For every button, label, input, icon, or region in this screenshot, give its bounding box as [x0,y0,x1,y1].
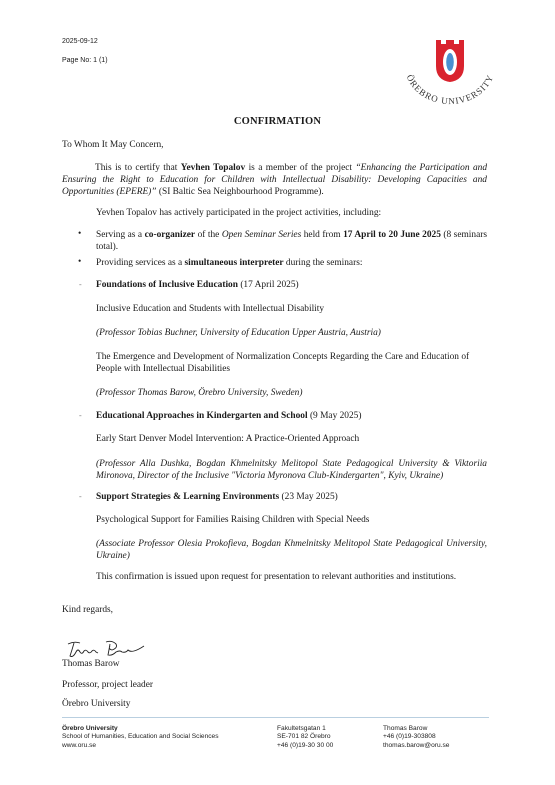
intro-prefix: This is to certify that [95,163,181,173]
seminar-date: (17 April 2025) [238,280,299,290]
footer-contact-email-link[interactable]: thomas.barow@oru.se [383,742,449,749]
seminar-heading: Educational Approaches in Kindergarten a… [96,410,487,422]
text: Providing services as a [96,258,185,268]
page-number: Page No: 1 (1) [62,57,108,64]
date-range: 17 April to 20 June 2025 [343,230,441,240]
talk-topic: Psychological Support for Families Raisi… [96,514,487,526]
footer-contact-phone: +46 (0)19-303808 [383,733,436,740]
intro-paragraph: This is to certify that Yevhen Topalov i… [62,162,487,199]
bullet-item: Serving as a co-organizer of the Open Se… [96,229,487,253]
signer-name: Thomas Barow [62,658,487,670]
seminar-series-name: Open Seminar Series [222,230,301,240]
talk-speaker: (Professor Alla Dushka, Bogdan Khmelnits… [96,458,487,482]
role-interpreter: simultaneous interpreter [185,258,284,268]
seminar-date: (23 May 2025) [279,492,338,502]
seminar-heading: Support Strategies & Learning Environmen… [96,491,487,503]
signature-icon [64,638,154,660]
talk-speaker: (Professor Thomas Barow, Örebro Universi… [96,387,487,399]
text: Serving as a [96,230,145,240]
kind-regards: Kind regards, [62,604,487,616]
role-coorganizer: co-organizer [145,230,196,240]
dash-icon: - [79,411,82,420]
talk-speaker: (Associate Professor Olesia Prokofieva, … [96,538,487,562]
seminar-title: Support Strategies & Learning Environmen… [96,492,279,502]
footer-postal: SE-701 82 Örebro [277,733,331,740]
footer-address: Fakultetsgatan 1 SE-701 82 Örebro +46 (0… [277,725,333,750]
seminar-date: (9 May 2025) [308,411,362,421]
closing-statement: This confirmation is issued upon request… [96,571,506,583]
document-title: CONFIRMATION [0,116,555,127]
orebro-university-logo-icon: ÖREBRO UNIVERSITY [385,28,515,108]
text: during the seminars: [284,258,363,268]
bullet-icon: • [78,257,81,267]
bullet-item: Providing services as a simultaneous int… [96,257,487,269]
intro-middle: is a member of the project [245,163,355,173]
text: held from [301,230,343,240]
footer-phone: +46 (0)19-30 30 00 [277,742,333,749]
signer-organization: Örebro University [62,698,487,710]
document-date: 2025-09-12 [62,38,98,45]
salutation: To Whom It May Concern, [62,139,487,151]
signer-role: Professor, project leader [62,679,487,691]
talk-topic: Early Start Denver Model Intervention: A… [96,433,487,445]
university-logo: ÖREBRO UNIVERSITY [385,28,515,108]
dash-icon: - [79,492,82,501]
footer-university: Örebro University School of Humanities, … [62,725,219,750]
footer-website-link[interactable]: www.oru.se [62,742,96,749]
seminar-title: Foundations of Inclusive Education [96,280,238,290]
dash-icon: - [79,280,82,289]
talk-speaker: (Professor Tobias Buchner, University of… [96,327,487,339]
footer-street: Fakultetsgatan 1 [277,725,326,732]
footer-contact-name: Thomas Barow [383,725,427,732]
seminar-title: Educational Approaches in Kindergarten a… [96,411,308,421]
footer-contact: Thomas Barow +46 (0)19-303808 thomas.bar… [383,725,449,750]
activities-lead: Yevhen Topalov has actively participated… [96,207,496,219]
footer-school: School of Humanities, Education and Soci… [62,733,219,740]
intro-suffix: (SI Baltic Sea Neighbourhood Programme). [157,187,324,197]
talk-topic: The Emergence and Development of Normali… [96,351,487,375]
bullet-icon: • [78,229,81,239]
text: of the [195,230,222,240]
footer-divider [62,717,489,718]
person-name: Yevhen Topalov [181,163,245,173]
seminar-heading: Foundations of Inclusive Education (17 A… [96,279,487,291]
talk-topic: Inclusive Education and Students with In… [96,303,487,315]
footer-university-name: Örebro University [62,725,118,732]
